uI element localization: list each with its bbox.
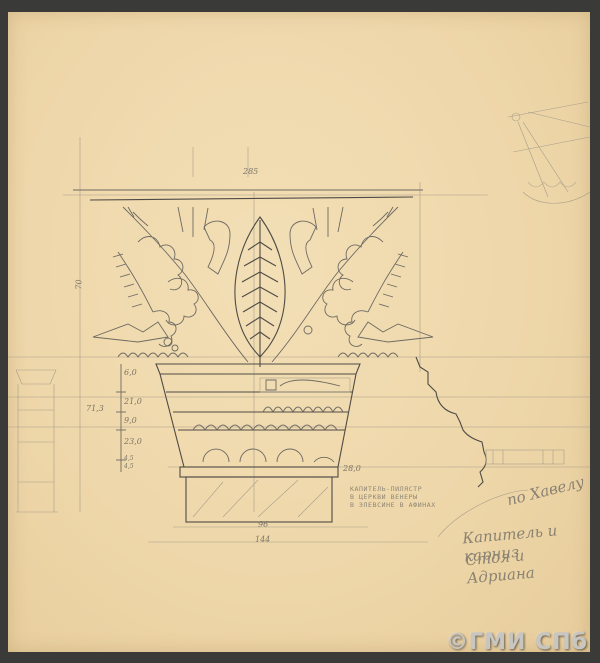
dim-stack-2: 21,0 bbox=[124, 397, 142, 406]
dim-stack-4: 23,0 bbox=[124, 437, 142, 446]
caption-line-2: В ЦЕРКВИ ВЕНЕРЫ bbox=[350, 493, 436, 501]
dim-stack-5: 4,5 bbox=[124, 455, 134, 462]
copyright-watermark: ©ГМИ СПб bbox=[446, 630, 588, 655]
dim-left-height: 70 bbox=[75, 279, 84, 289]
top-right-sketch bbox=[508, 102, 590, 203]
dim-base-width: 144 bbox=[255, 535, 270, 544]
central-leaf bbox=[235, 217, 285, 367]
capital-body bbox=[156, 364, 360, 522]
dim-right-offset: 28,0 bbox=[343, 464, 361, 473]
caption-line-3: В ЭЛЕВСИНЕ В АФИНАХ bbox=[350, 501, 436, 509]
dim-stack-6: 4,5 bbox=[124, 463, 134, 470]
base-shading bbox=[193, 480, 328, 517]
paper-sheet: 285 70 71,3 6,0 21,0 9,0 23,0 4,5 4,5 28… bbox=[8, 12, 590, 652]
caption-line-1: КАПИТЕЛЬ-ПИЛЯСТР bbox=[350, 485, 436, 493]
caption-block: КАПИТЕЛЬ-ПИЛЯСТР В ЦЕРКВИ ВЕНЕРЫ В ЭЛЕВС… bbox=[350, 485, 436, 509]
dim-stack-3: 9,0 bbox=[124, 416, 137, 425]
ribbons bbox=[93, 221, 433, 342]
dim-stack-1: 6,0 bbox=[124, 368, 137, 377]
egg-and-dart-rows bbox=[193, 378, 350, 462]
profile-frieze bbox=[486, 450, 564, 464]
small-pilaster-sketch bbox=[16, 370, 58, 512]
dim-abacus-width: 96 bbox=[258, 520, 268, 529]
dim-section-height: 71,3 bbox=[86, 404, 104, 413]
dim-top-width: 285 bbox=[243, 167, 258, 176]
right-foliage bbox=[272, 207, 408, 362]
left-foliage bbox=[113, 207, 248, 362]
cornice-profile bbox=[416, 357, 486, 487]
